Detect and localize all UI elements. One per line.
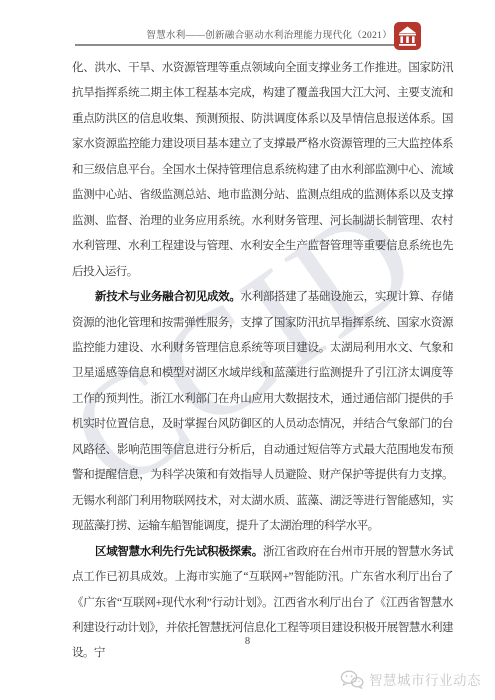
paragraph-text: 水利部搭建了基础设施云，实现计算、存储资源的池化管理和按需弹性服务，支撑了国家防…	[72, 291, 453, 532]
header-rule	[75, 44, 396, 46]
paragraph: 区域智慧水利先行先试积极探索。浙江省政府在台州市开展的智慧水务试点工作已初具成效…	[72, 540, 453, 667]
paragraph-lead: 区域智慧水利先行先试积极探索。	[95, 546, 263, 558]
paragraph-lead: 新技术与业务融合初见成效。	[95, 291, 241, 303]
header-title: 智慧水利——创新融合驱动水利治理能力现代化（2021）	[146, 27, 392, 41]
page-number: 8	[0, 636, 495, 647]
brand-watermark: 智慧城市行业动态	[340, 669, 481, 689]
article-body: 化、洪水、干旱、水资源管理等重点领域向全面支撑业务工作推进。国家防汛抗旱指挥系统…	[72, 56, 453, 667]
document-page: 智慧水利——创新融合驱动水利治理能力现代化（2021） CCID 化、洪水、干旱…	[0, 0, 495, 700]
classical-building-icon	[394, 22, 421, 50]
paragraph-text: 化、洪水、干旱、水资源管理等重点领域向全面支撑业务工作推进。国家防汛抗旱指挥系统…	[72, 62, 453, 278]
wechat-icon	[340, 670, 364, 689]
brand-label: 智慧城市行业动态	[369, 669, 481, 689]
paragraph: 新技术与业务融合初见成效。水利部搭建了基础设施云，实现计算、存储资源的池化管理和…	[72, 285, 453, 540]
paragraph: 化、洪水、干旱、水资源管理等重点领域向全面支撑业务工作推进。国家防汛抗旱指挥系统…	[72, 56, 453, 285]
